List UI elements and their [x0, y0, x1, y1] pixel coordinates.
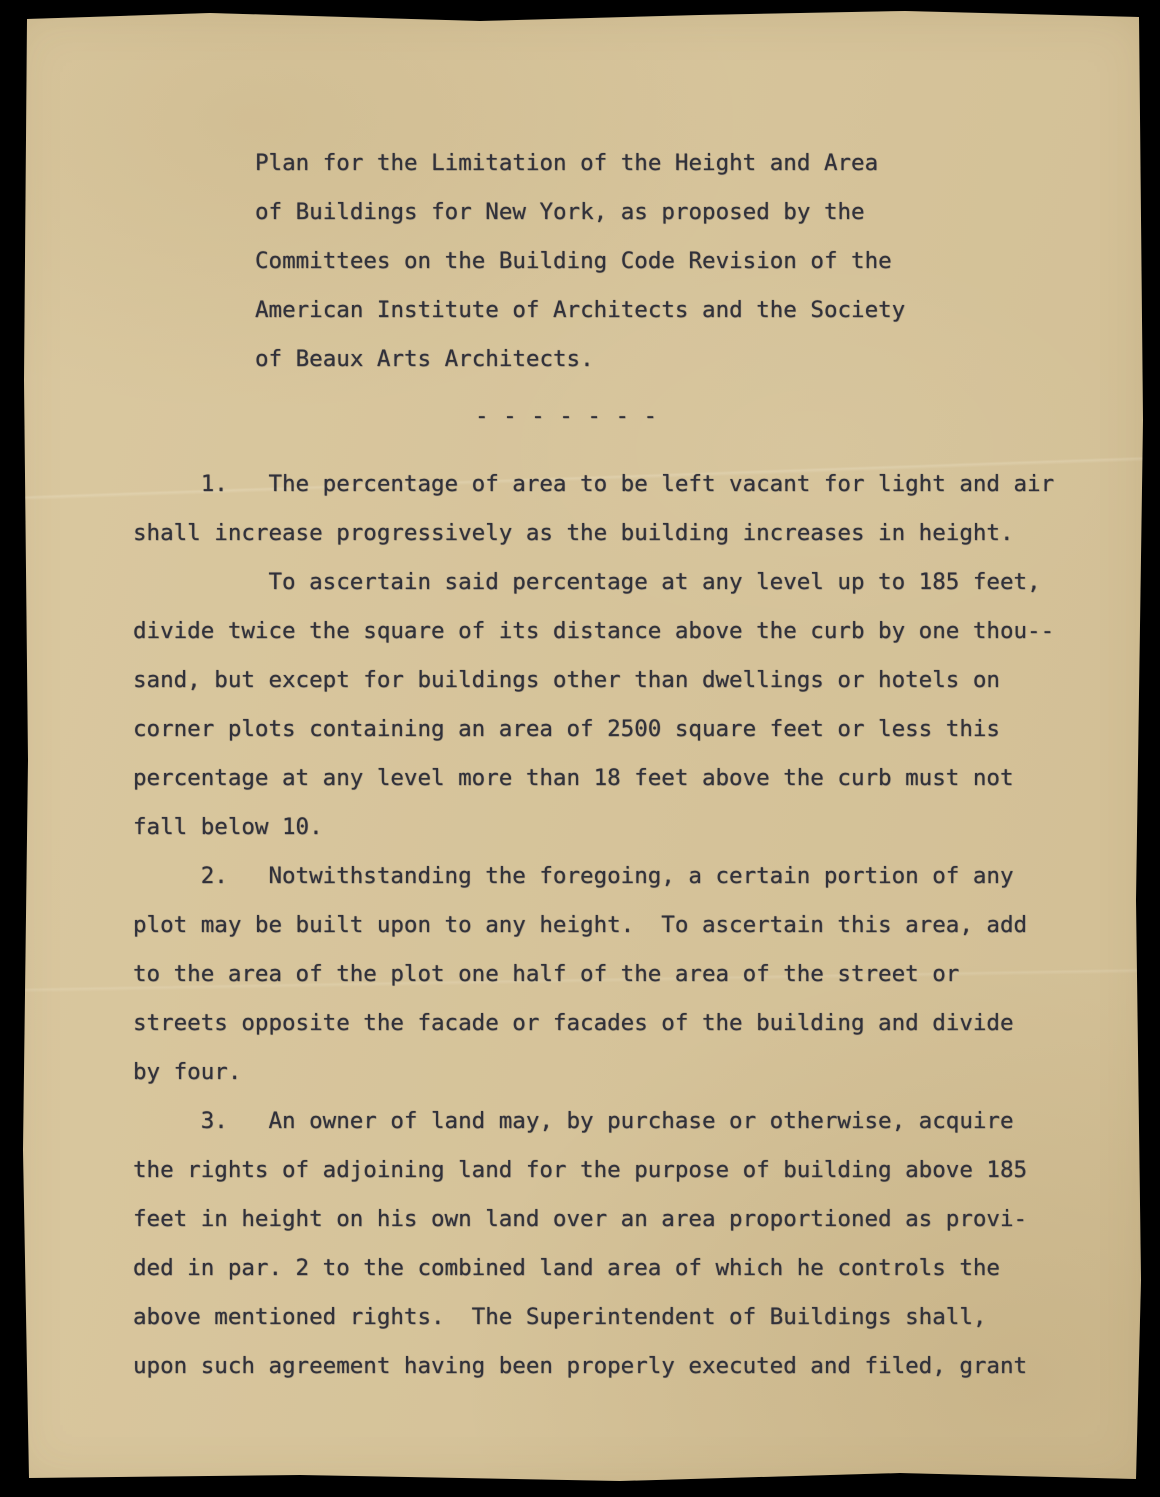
- title-line-3: Committees on the Building Code Revision…: [255, 237, 1063, 286]
- paragraph-1: 1. The percentage of area to be left vac…: [133, 460, 1063, 852]
- paragraph-line: upon such agreement having been properly…: [133, 1342, 1063, 1391]
- dust-specks: [150, 7, 153, 10]
- paragraph-line: plot may be built upon to any height. To…: [133, 901, 1063, 950]
- paragraph-line: 2. Notwithstanding the foregoing, a cert…: [133, 852, 1063, 901]
- paragraph-line: 1. The percentage of area to be left vac…: [133, 460, 1063, 509]
- title-line-4: American Institute of Architects and the…: [255, 286, 1063, 335]
- paragraph-line: to the area of the plot one half of the …: [133, 950, 1063, 999]
- title-line-2: of Buildings for New York, as proposed b…: [255, 188, 1063, 237]
- paragraph-line: shall increase progressively as the buil…: [133, 509, 1063, 558]
- paragraph-line: ded in par. 2 to the combined land area …: [133, 1244, 1063, 1293]
- title-line-5: of Beaux Arts Architects.: [255, 335, 1063, 384]
- paragraph-line: 3. An owner of land may, by purchase or …: [133, 1097, 1063, 1146]
- document-page: Plan for the Limitation of the Height an…: [0, 0, 1160, 1497]
- paragraph-line: To ascertain said percentage at any leve…: [133, 558, 1063, 607]
- paragraph-line: streets opposite the facade or facades o…: [133, 999, 1063, 1048]
- document-body: 1. The percentage of area to be left vac…: [133, 460, 1063, 1391]
- scan-background: Plan for the Limitation of the Height an…: [0, 0, 1160, 1497]
- paragraph-line: feet in height on his own land over an a…: [133, 1195, 1063, 1244]
- title-line-1: Plan for the Limitation of the Height an…: [255, 139, 1063, 188]
- paragraph-2: 2. Notwithstanding the foregoing, a cert…: [133, 852, 1063, 1097]
- paragraph-line: sand, but except for buildings other tha…: [133, 656, 1063, 705]
- paragraph-line: fall below 10.: [133, 803, 1063, 852]
- paragraph-line: corner plots containing an area of 2500 …: [133, 705, 1063, 754]
- paragraph-line: divide twice the square of its distance …: [133, 607, 1063, 656]
- paragraph-line: by four.: [133, 1048, 1063, 1097]
- separator-dashes: - - - - - - -: [475, 392, 1063, 441]
- document-title: Plan for the Limitation of the Height an…: [255, 139, 1063, 384]
- typewritten-content: Plan for the Limitation of the Height an…: [133, 139, 1063, 1391]
- paragraph-line: above mentioned rights. The Superintende…: [133, 1293, 1063, 1342]
- paragraph-line: percentage at any level more than 18 fee…: [133, 754, 1063, 803]
- paragraph-line: the rights of adjoining land for the pur…: [133, 1146, 1063, 1195]
- paragraph-3: 3. An owner of land may, by purchase or …: [133, 1097, 1063, 1391]
